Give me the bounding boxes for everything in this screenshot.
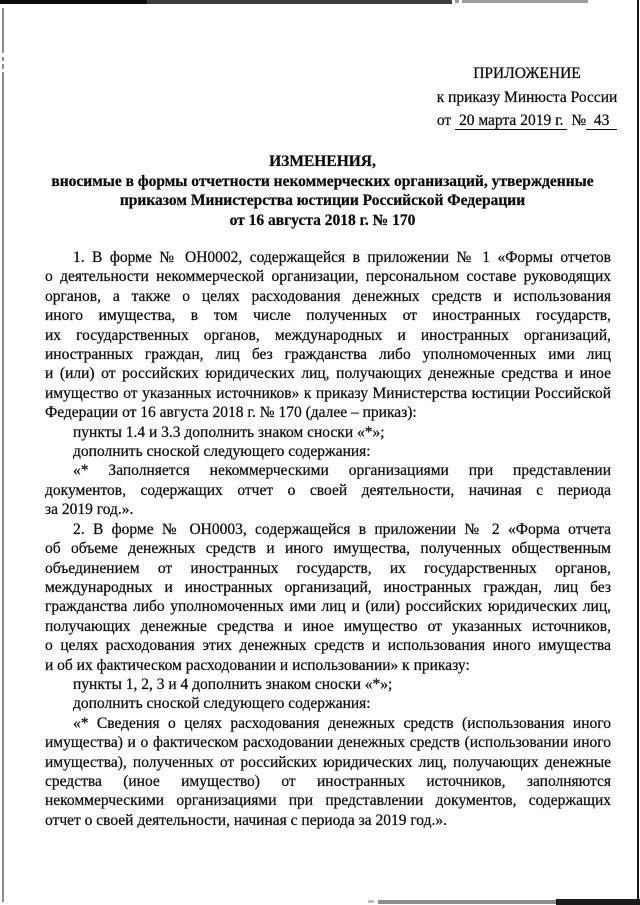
text-line: иностранных граждан, лиц без гражданства… <box>45 345 611 364</box>
text-line: имущество от указанных источников» к при… <box>45 384 611 403</box>
text-line: «* Сведения о целях расходования денежны… <box>45 714 611 733</box>
text-line: получающих денежные средства и иное имущ… <box>45 617 611 636</box>
text-line: пункты 1.4 и 3.3 дополнить знаком сноски… <box>45 423 611 442</box>
document-body: 1. В форме № ОН0002, содержащейся в прил… <box>45 248 611 830</box>
text-line: за 2019 год.». <box>45 500 611 519</box>
scan-artifact-right-edge-line <box>637 0 639 905</box>
scan-artifact-top-bar <box>0 0 147 4</box>
scan-artifact-top-bar <box>147 0 452 4</box>
number-sign: № <box>571 112 586 129</box>
scan-artifact-top-bar <box>455 0 459 3</box>
title-line: вносимые в формы отчетности некоммерческ… <box>35 172 610 192</box>
order-date: 20 марта 2019 г. <box>455 112 567 130</box>
appendix-header: ПРИЛОЖЕНИЕ к приказу Минюста России от 2… <box>433 62 621 133</box>
scan-artifact-bottom-bar <box>556 899 640 905</box>
scan-artifact-left-edge-line <box>2 8 4 53</box>
text-line: «* Заполняется некоммерческими организац… <box>45 461 611 480</box>
text-line: Федерации от 16 августа 2018 г. № 170 (д… <box>45 403 611 422</box>
text-line: дополнить сноской следующего содержания: <box>45 442 611 461</box>
text-line: пункты 1, 2, 3 и 4 дополнить знаком снос… <box>45 675 611 694</box>
text-line: документов, содержащих отчет о своей дея… <box>45 481 611 500</box>
paragraph: «* Сведения о целях расходования денежны… <box>45 714 611 830</box>
paragraph: дополнить сноской следующего содержания: <box>45 442 611 461</box>
scan-artifact-left-edge-line <box>2 57 4 61</box>
text-line: имущества), полученных от российских юри… <box>45 753 611 772</box>
text-line: отчет о своей деятельности, начиная с пе… <box>45 811 611 830</box>
scan-artifact-left-edge-line <box>2 72 4 902</box>
text-line: международных и иностранных организаций,… <box>45 578 611 597</box>
title-line: приказом Министерства юстиции Российской… <box>35 191 610 211</box>
date-prefix: от <box>437 112 451 129</box>
scan-artifact-bottom-bar <box>378 900 556 904</box>
text-line: об объеме денежных средств и иного имуще… <box>45 539 611 558</box>
text-line: 2. В форме № ОН0003, содержащейся в прил… <box>45 520 611 539</box>
paragraph: дополнить сноской следующего содержания: <box>45 694 611 713</box>
text-line: их государственных органов, международны… <box>45 326 611 345</box>
document-page: ПРИЛОЖЕНИЕ к приказу Минюста России от 2… <box>0 0 640 905</box>
text-line: о деятельности некоммерческой организаци… <box>45 267 611 286</box>
text-line: объединением от иностранных государств, … <box>45 559 611 578</box>
appendix-header-date-line: от 20 марта 2019 г. № 43 <box>433 109 621 133</box>
text-line: некоммерческими организациями при предст… <box>45 791 611 810</box>
title-line: от 16 августа 2018 г. № 170 <box>35 211 610 231</box>
title-line: ИЗМЕНЕНИЯ, <box>35 152 610 172</box>
document-title: ИЗМЕНЕНИЯ, вносимые в формы отчетности н… <box>35 152 610 230</box>
scan-artifact-top-bar <box>462 0 588 3</box>
text-line: средства (иное имущество) от иностранных… <box>45 772 611 791</box>
paragraph: 2. В форме № ОН0003, содержащейся в прил… <box>45 520 611 675</box>
text-line: иного имущества, в том числе полученных … <box>45 306 611 325</box>
appendix-header-line: к приказу Минюста России <box>433 86 621 110</box>
text-line: 1. В форме № ОН0002, содержащейся в прил… <box>45 248 611 267</box>
paragraph: «* Заполняется некоммерческими организац… <box>45 461 611 519</box>
text-line: о целях расходования этих денежных средс… <box>45 636 611 655</box>
paragraph: пункты 1.4 и 3.3 дополнить знаком сноски… <box>45 423 611 442</box>
text-line: и об их фактическом расходовании и испол… <box>45 656 611 675</box>
appendix-header-line: ПРИЛОЖЕНИЕ <box>433 62 621 86</box>
text-line: имущества) и о фактическом расходовании … <box>45 733 611 752</box>
text-line: органов, а также о целях расходования де… <box>45 287 611 306</box>
text-line: дополнить сноской следующего содержания: <box>45 694 611 713</box>
order-number: 43 <box>586 112 617 130</box>
text-line: гражданства либо уполномоченных ими лиц … <box>45 597 611 616</box>
paragraph: 1. В форме № ОН0002, содержащейся в прил… <box>45 248 611 423</box>
scan-artifact-left-edge-line <box>2 64 4 69</box>
paragraph: пункты 1, 2, 3 и 4 дополнить знаком снос… <box>45 675 611 694</box>
scan-artifact-bottom-bar <box>368 900 374 903</box>
text-line: и (или) от российских юридических лиц, п… <box>45 364 611 383</box>
